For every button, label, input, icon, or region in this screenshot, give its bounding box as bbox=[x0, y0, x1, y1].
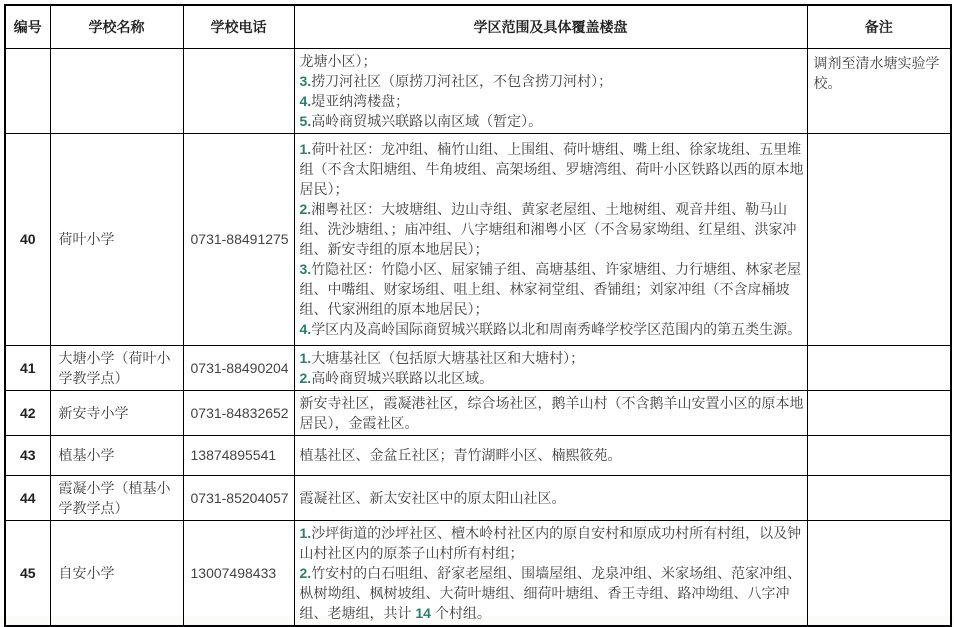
range-item-text: 学区内及高岭国际商贸城兴联路以北和周南秀峰学校学区范围内的第五类生源。 bbox=[311, 321, 801, 337]
range-item-number: 1. bbox=[300, 141, 312, 157]
range-item-text: 大塘基社区（包括原大塘基社区和大塘村）； bbox=[311, 350, 584, 366]
range-item-number: 1. bbox=[300, 350, 312, 366]
range-item-number: 3. bbox=[300, 261, 312, 277]
district-range-item: 3.捞刀河社区（原捞刀河社区，不包含捞刀河村）； bbox=[300, 71, 804, 91]
school-name-cell: 新安寺小学 bbox=[50, 390, 183, 435]
table-body: 龙塘小区）；3.捞刀河社区（原捞刀河社区，不包含捞刀河村）；4.堤亚纳湾楼盘；5… bbox=[5, 48, 951, 626]
district-range-cell: 植基社区、金盆丘社区；青竹湖畔小区、楠熙筱苑。 bbox=[294, 435, 807, 475]
school-district-table: 编号 学校名称 学校电话 学区范围及具体覆盖楼盘 备注 龙塘小区）；3.捞刀河社… bbox=[4, 4, 952, 627]
table-row: 41大塘小学（荷叶小学教学点）0731-884902041.大塘基社区（包括原大… bbox=[5, 345, 951, 390]
table-row: 45自安小学130074984331.沙坪街道的沙坪社区、檀木岭村社区内的原自安… bbox=[5, 520, 951, 626]
school-id-cell: 43 bbox=[5, 435, 50, 475]
range-item-text: 竹安村的白石咀组、舒家老屋组、围墙屋组、龙泉冲组、米家场组、范家冲组、枞树坳组、… bbox=[300, 565, 802, 621]
district-range-item: 2.湘粤社区：大坡塘组、边山寺组、黄家老屋组、土地树组、观音井组、勒马山组、洗沙… bbox=[300, 199, 804, 259]
district-range-item: 1.沙坪街道的沙坪社区、檀木岭村社区内的原自安村和原成功村所有村组，以及钟山村社… bbox=[300, 523, 804, 563]
district-range-item: 1.荷叶社区：龙冲组、楠竹山组、上围组、荷叶塘组、嘴上组、徐家垅组、五里堆组（不… bbox=[300, 139, 804, 199]
range-item-number: 3. bbox=[300, 73, 312, 89]
school-phone-cell: 0731-84832652 bbox=[183, 390, 294, 435]
district-range-item: 新安寺社区，霞凝港社区，综合场社区，鹅羊山村（不含鹅羊山安置小区的原本地居民），… bbox=[300, 393, 804, 433]
district-range-item: 5.高岭商贸城兴联路以南区域（暂定）。 bbox=[300, 111, 804, 131]
range-item-number: 1. bbox=[300, 525, 312, 541]
school-name-cell: 霞凝小学（植基小学教学点） bbox=[50, 475, 183, 520]
range-item-text: 新安寺社区，霞凝港社区，综合场社区，鹅羊山村（不含鹅羊山安置小区的原本地居民），… bbox=[300, 395, 804, 431]
district-range-cell: 新安寺社区，霞凝港社区，综合场社区，鹅羊山村（不含鹅羊山安置小区的原本地居民），… bbox=[294, 390, 807, 435]
table-row: 44霞凝小学（植基小学教学点）0731-85204057霞凝社区、新太安社区中的… bbox=[5, 475, 951, 520]
header-district-range: 学区范围及具体覆盖楼盘 bbox=[294, 5, 807, 48]
remark-cell bbox=[807, 520, 951, 626]
school-name-cell: 荷叶小学 bbox=[50, 133, 183, 345]
remark-cell bbox=[807, 345, 951, 390]
range-highlight-value: 14 bbox=[415, 605, 431, 621]
school-id-cell: 42 bbox=[5, 390, 50, 435]
school-phone-cell: 13874895541 bbox=[183, 435, 294, 475]
table-row: 40荷叶小学0731-884912751.荷叶社区：龙冲组、楠竹山组、上围组、荷… bbox=[5, 133, 951, 345]
header-school-name: 学校名称 bbox=[50, 5, 183, 48]
district-range-item: 3.竹隐社区：竹隐小区、屈家铺子组、高塘基组、许家塘组、力行塘组、林家老屋组、中… bbox=[300, 259, 804, 319]
school-phone-cell: 0731-85204057 bbox=[183, 475, 294, 520]
range-item-text: 个村组。 bbox=[431, 605, 491, 621]
district-range-item: 1.大塘基社区（包括原大塘基社区和大塘村）； bbox=[300, 348, 804, 368]
header-school-phone: 学校电话 bbox=[183, 5, 294, 48]
school-name-cell: 自安小学 bbox=[50, 520, 183, 626]
range-item-text: 堤亚纳湾楼盘； bbox=[311, 93, 409, 109]
range-item-number: 4. bbox=[300, 93, 312, 109]
remark-cell bbox=[807, 435, 951, 475]
district-range-item: 4.学区内及高岭国际商贸城兴联路以北和周南秀峰学校学区范围内的第五类生源。 bbox=[300, 319, 804, 339]
district-range-cell: 1.荷叶社区：龙冲组、楠竹山组、上围组、荷叶塘组、嘴上组、徐家垅组、五里堆组（不… bbox=[294, 133, 807, 345]
school-phone-cell: 0731-88491275 bbox=[183, 133, 294, 345]
district-range-item: 2.竹安村的白石咀组、舒家老屋组、围墙屋组、龙泉冲组、米家场组、范家冲组、枞树坳… bbox=[300, 563, 804, 623]
school-name-cell bbox=[50, 48, 183, 133]
range-item-number: 2. bbox=[300, 201, 312, 217]
document-page: 编号 学校名称 学校电话 学区范围及具体覆盖楼盘 备注 龙塘小区）；3.捞刀河社… bbox=[0, 0, 954, 616]
school-phone-cell: 0731-88490204 bbox=[183, 345, 294, 390]
school-id-cell: 45 bbox=[5, 520, 50, 626]
district-range-item: 4.堤亚纳湾楼盘； bbox=[300, 91, 804, 111]
range-item-text: 捞刀河社区（原捞刀河社区，不包含捞刀河村）； bbox=[311, 73, 612, 89]
range-item-number: 2. bbox=[300, 370, 312, 386]
table-row: 43植基小学13874895541植基社区、金盆丘社区；青竹湖畔小区、楠熙筱苑。 bbox=[5, 435, 951, 475]
school-id-cell: 44 bbox=[5, 475, 50, 520]
header-row: 编号 学校名称 学校电话 学区范围及具体覆盖楼盘 备注 bbox=[5, 5, 951, 48]
school-id-cell bbox=[5, 48, 50, 133]
range-item-text: 龙塘小区）； bbox=[300, 53, 377, 69]
school-phone-cell bbox=[183, 48, 294, 133]
range-item-text: 湘粤社区：大坡塘组、边山寺组、黄家老屋组、土地树组、观音井组、勒马山组、洗沙塘组… bbox=[300, 201, 797, 257]
range-item-text: 霞凝社区、新太安社区中的原太阳山社区。 bbox=[300, 490, 566, 506]
table-row: 42新安寺小学0731-84832652新安寺社区，霞凝港社区，综合场社区，鹅羊… bbox=[5, 390, 951, 435]
range-item-text: 植基社区、金盆丘社区；青竹湖畔小区、楠熙筱苑。 bbox=[300, 447, 622, 463]
range-item-text: 高岭商贸城兴联路以南区域（暂定）。 bbox=[311, 113, 542, 129]
table-header: 编号 学校名称 学校电话 学区范围及具体覆盖楼盘 备注 bbox=[5, 5, 951, 48]
range-item-number: 5. bbox=[300, 113, 312, 129]
range-item-number: 2. bbox=[300, 565, 312, 581]
remark-cell: 调剂至清水塘实验学校。 bbox=[807, 48, 951, 133]
range-item-text: 竹隐社区：竹隐小区、屈家铺子组、高塘基组、许家塘组、力行塘组、林家老屋组、中嘴组… bbox=[300, 261, 802, 317]
range-item-text: 高岭商贸城兴联路以北区域。 bbox=[311, 370, 493, 386]
remark-cell bbox=[807, 390, 951, 435]
district-range-item: 龙塘小区）； bbox=[300, 51, 804, 71]
range-item-text: 荷叶社区：龙冲组、楠竹山组、上围组、荷叶塘组、嘴上组、徐家垅组、五里堆组（不含太… bbox=[300, 141, 804, 197]
range-item-number: 4. bbox=[300, 321, 312, 337]
district-range-cell: 1.大塘基社区（包括原大塘基社区和大塘村）；2.高岭商贸城兴联路以北区域。 bbox=[294, 345, 807, 390]
header-remark: 备注 bbox=[807, 5, 951, 48]
table-row: 龙塘小区）；3.捞刀河社区（原捞刀河社区，不包含捞刀河村）；4.堤亚纳湾楼盘；5… bbox=[5, 48, 951, 133]
district-range-cell: 1.沙坪街道的沙坪社区、檀木岭村社区内的原自安村和原成功村所有村组，以及钟山村社… bbox=[294, 520, 807, 626]
school-name-cell: 植基小学 bbox=[50, 435, 183, 475]
school-id-cell: 41 bbox=[5, 345, 50, 390]
remark-cell bbox=[807, 475, 951, 520]
remark-cell bbox=[807, 133, 951, 345]
district-range-item: 植基社区、金盆丘社区；青竹湖畔小区、楠熙筱苑。 bbox=[300, 445, 804, 465]
school-phone-cell: 13007498433 bbox=[183, 520, 294, 626]
district-range-item: 2.高岭商贸城兴联路以北区域。 bbox=[300, 368, 804, 388]
district-range-cell: 龙塘小区）；3.捞刀河社区（原捞刀河社区，不包含捞刀河村）；4.堤亚纳湾楼盘；5… bbox=[294, 48, 807, 133]
school-name-cell: 大塘小学（荷叶小学教学点） bbox=[50, 345, 183, 390]
header-id: 编号 bbox=[5, 5, 50, 48]
district-range-cell: 霞凝社区、新太安社区中的原太阳山社区。 bbox=[294, 475, 807, 520]
district-range-item: 霞凝社区、新太安社区中的原太阳山社区。 bbox=[300, 488, 804, 508]
range-item-text: 沙坪街道的沙坪社区、檀木岭村社区内的原自安村和原成功村所有村组，以及钟山村社区内… bbox=[300, 525, 802, 561]
school-id-cell: 40 bbox=[5, 133, 50, 345]
